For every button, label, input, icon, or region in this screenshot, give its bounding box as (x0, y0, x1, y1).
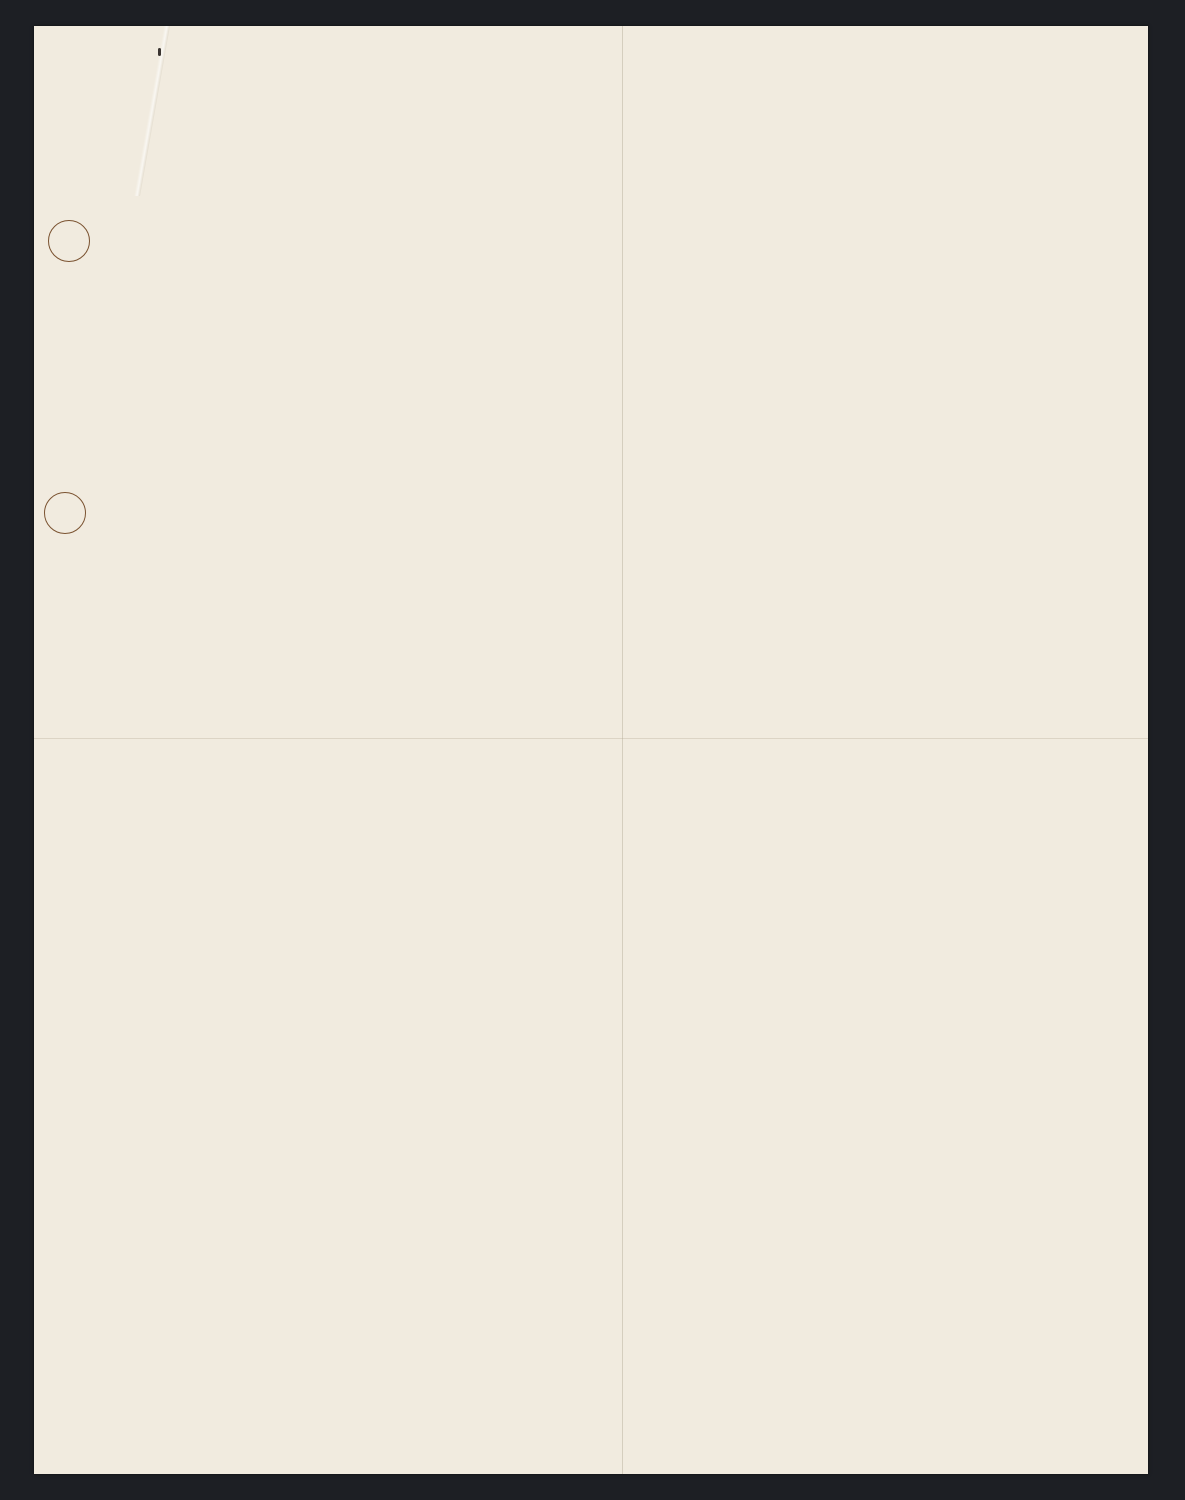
fold-line-vertical (622, 26, 623, 1474)
answer-number-1 (48, 220, 90, 262)
paper-crease (134, 26, 170, 196)
letter-sheet (34, 26, 1148, 1474)
fold-line-horizontal (34, 738, 1148, 739)
pin-hole (158, 48, 161, 56)
answer-number-2 (44, 492, 86, 534)
